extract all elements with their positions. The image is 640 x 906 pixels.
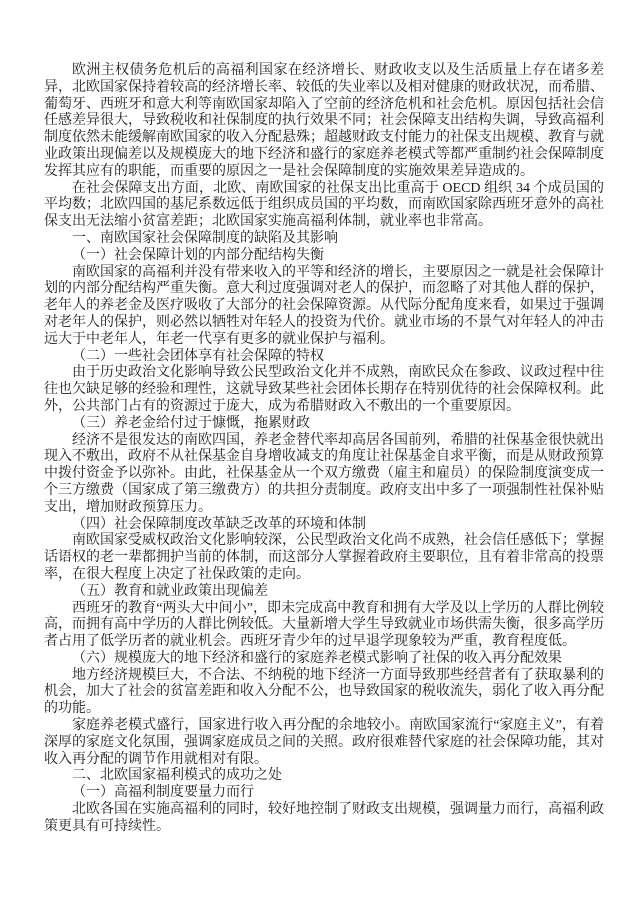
section-1-4-paragraph: 南欧国家受威权政治文化影响较深，公民型政治文化尚不成熟，社会信任感低下；掌握话语… xyxy=(44,533,604,583)
spending-comparison-paragraph: 在社会保障支出方面，北欧、南欧国家的社保支出比重高于 OECD 组织 34 个成… xyxy=(44,181,604,231)
document-page: 欧洲主权债务危机后的高福利国家在经济增长、财政收支以及生活质量上存在诸多差异，北… xyxy=(0,0,640,906)
section-1-6-heading: （六）规模庞大的地下经济和盛行的家庭养老模式影响了社保的收入再分配效果 xyxy=(44,651,604,668)
section-1-3-paragraph: 经济不是很发达的南欧四国，养老金替代率却高居各国前列，希腊的社保基金很快就出现入… xyxy=(44,433,604,517)
section-1-3-heading: （三）养老金给付过于慷慨，拖累财政 xyxy=(44,416,604,433)
section-2-1-heading: （一）高福利制度要量力而行 xyxy=(44,785,604,802)
section-2-1-paragraph: 北欧各国在实施高福利的同时，较好地控制了财政支出规模，强调量力而行，高福利政策更… xyxy=(44,802,604,836)
section-1-heading: 一、南欧国家社会保障制度的缺陷及其影响 xyxy=(44,231,604,248)
section-1-6-paragraph-2: 家庭养老模式盛行，国家进行收入再分配的余地较小。南欧国家流行“家庭主义”，有着深… xyxy=(44,718,604,768)
section-1-6-paragraph-1: 地方经济规模巨大，不合法、不纳税的地下经济一方面导致那些经营者有了获取暴利的机会… xyxy=(44,668,604,718)
section-1-2-paragraph: 由于历史政治文化影响导致公民型政治文化并不成熟，南欧民众在参政、议政过程中往往也… xyxy=(44,365,604,415)
section-1-5-heading: （五）教育和就业政策出现偏差 xyxy=(44,584,604,601)
section-1-4-heading: （四）社会保障制度改革缺乏改革的环境和体制 xyxy=(44,517,604,534)
section-1-5-paragraph: 西班牙的教育“两头大中间小”，即未完成高中教育和拥有大学及以上学历的人群比例较高… xyxy=(44,601,604,651)
section-2-heading: 二、北欧国家福利模式的成功之处 xyxy=(44,768,604,785)
section-1-2-heading: （二）一些社会团体享有社会保障的特权 xyxy=(44,349,604,366)
intro-paragraph: 欧洲主权债务危机后的高福利国家在经济增长、财政收支以及生活质量上存在诸多差异，北… xyxy=(44,63,604,181)
section-1-1-heading: （一）社会保障计划的内部分配结构失衡 xyxy=(44,248,604,265)
section-1-1-paragraph: 南欧国家的高福利并没有带来收入的平等和经济的增长，主要原因之一就是社会保障计划的… xyxy=(44,265,604,349)
document-body: 欧洲主权债务危机后的高福利国家在经济增长、财政收支以及生活质量上存在诸多差异，北… xyxy=(44,63,604,836)
